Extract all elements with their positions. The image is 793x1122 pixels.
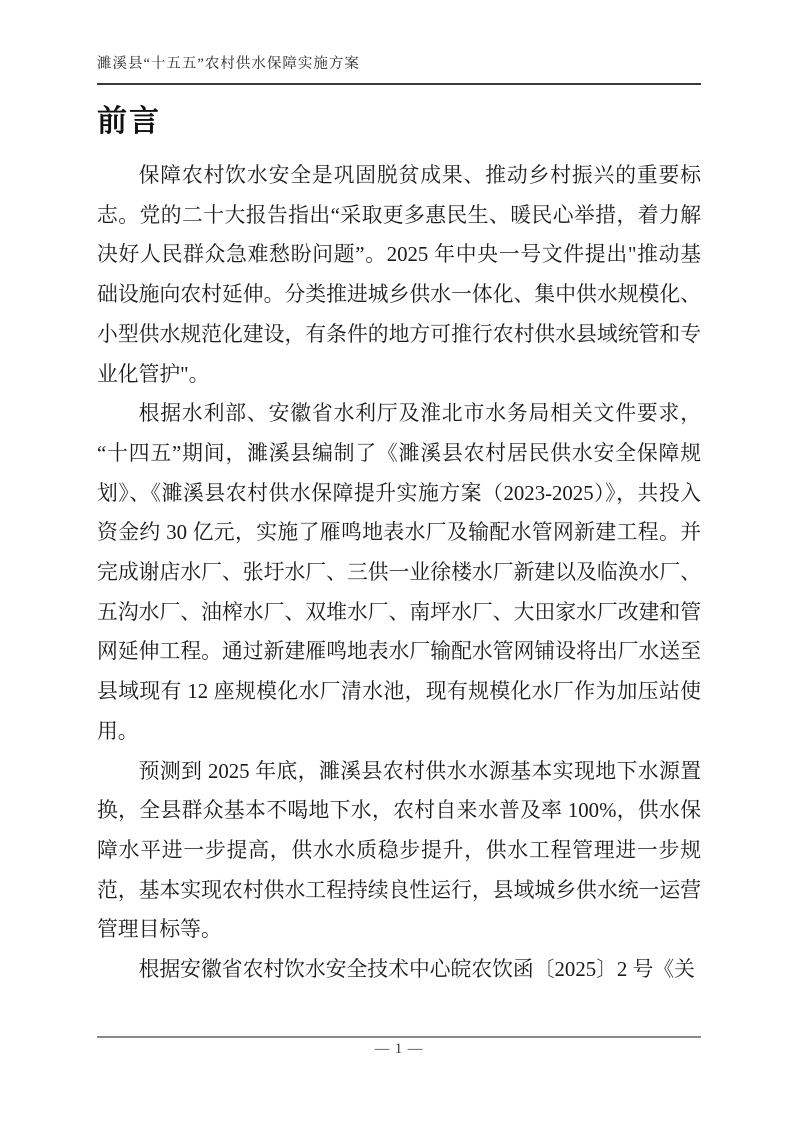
section-title: 前言 xyxy=(97,104,161,140)
document-body: 保障农村饮水安全是巩固脱贫成果、推动乡村振兴的重要标志。党的二十大报告指出“采取… xyxy=(97,156,701,990)
document-page: 濉溪县“十五五”农村供水保障实施方案 前言 保障农村饮水安全是巩固脱贫成果、推动… xyxy=(0,0,793,1122)
paragraph: 预测到 2025 年底，濉溪县农村供水水源基本实现地下水源置换，全县群众基本不喝… xyxy=(97,752,701,951)
paragraph: 保障农村饮水安全是巩固脱贫成果、推动乡村振兴的重要标志。党的二十大报告指出“采取… xyxy=(97,156,701,394)
page-header: 濉溪县“十五五”农村供水保障实施方案 xyxy=(97,54,701,85)
header-title: 濉溪县“十五五”农村供水保障实施方案 xyxy=(97,56,360,72)
page-footer: — 1 — xyxy=(97,1036,701,1059)
paragraph: 根据安徽省农村饮水安全技术中心皖农饮函〔2025〕2 号《关 xyxy=(97,950,701,990)
page-number: — 1 — xyxy=(375,1041,424,1057)
paragraph: 根据水利部、安徽省水利厅及淮北市水务局相关文件要求，“十四五”期间，濉溪县编制了… xyxy=(97,394,701,751)
